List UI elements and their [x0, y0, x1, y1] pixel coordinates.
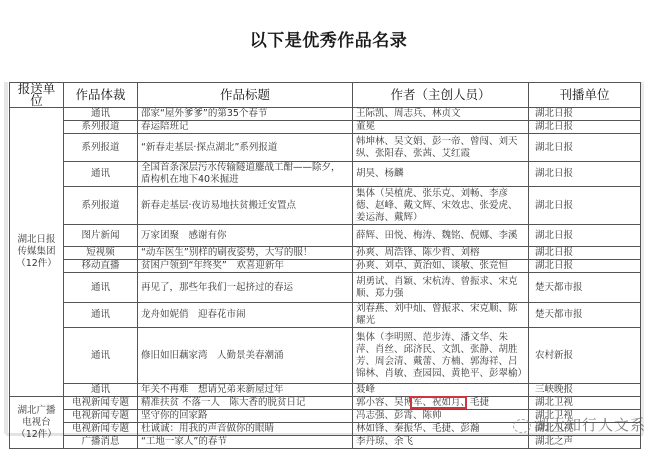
watermark-text: 湖大知行人文系 — [534, 416, 646, 434]
table-row: 系列报道 春运陪班记 董冕 湖北日报 — [10, 121, 641, 134]
group-unit-hubei-daily: 湖北日报传媒集团（12件） — [10, 108, 64, 397]
cell-publisher: 湖北日报 — [529, 260, 641, 273]
group-unit-hubei-broadcast: 湖北广播电视台（12件） — [10, 397, 64, 449]
table-row: 通讯 再见了，那些年我们一起挤过的春运 胡勇试、肖颖、宋杭涛、曾振求、宋克顺、郑… — [10, 273, 641, 303]
cell-type: 电视新闻专题 — [64, 423, 138, 436]
table-row: 通讯 修旧如旧藕家湾 人勤景美春潮涌 集体（李明照、范步涛、潘文华、朱萍、肖丝、… — [10, 328, 641, 384]
cell-type: 通讯 — [64, 162, 138, 187]
cell-title: “新春走基层·探点湖北”系列报道 — [138, 134, 353, 162]
table-row: 通讯 年关不再难 想请兄弟来新屋过年 聂峰 三峡晚报 — [10, 384, 641, 397]
cell-title: 万家团聚 感谢有你 — [138, 225, 353, 247]
cell-author: 聂峰 — [353, 384, 529, 397]
cell-type: 系列报道 — [64, 121, 138, 134]
cell-publisher: 湖北日报 — [529, 108, 641, 121]
header-author: 作者（主创人员） — [353, 83, 529, 108]
table-header-row: 报送单位 作品体裁 作品标题 作者（主创人员） 刊播单位 — [10, 83, 641, 108]
header-unit: 报送单位 — [10, 83, 64, 108]
cell-publisher: 三峡晚报 — [529, 384, 641, 397]
cell-type: 短视频 — [64, 247, 138, 260]
table-row: 短视频 “动车医生”别样的刷夜姿势，大写的服！ 孙爽、周浩锋、陈少哲、刘榕 湖北… — [10, 247, 641, 260]
header-publisher: 刊播单位 — [529, 83, 641, 108]
cell-publisher: 湖北日报 — [529, 225, 641, 247]
cell-type: 系列报道 — [64, 134, 138, 162]
cell-author: 孙爽、刘卓、黄治如、谈敏、张竞恒 — [353, 260, 529, 273]
cell-title: 再见了，那些年我们一起挤过的春运 — [138, 273, 353, 303]
cell-title: “动车医生”别样的刷夜姿势，大写的服！ — [138, 247, 353, 260]
cell-title: 邵家“屋外爹爹”的第35个春节 — [138, 108, 353, 121]
works-table: 报送单位 作品体裁 作品标题 作者（主创人员） 刊播单位 湖北日报传媒集团（12… — [9, 82, 641, 449]
cell-type: 通讯 — [64, 384, 138, 397]
cell-publisher: 农村新报 — [529, 328, 641, 384]
cell-author: 刘春燕、刘中灿、曾振求、宋克顺、陈耀光 — [353, 303, 529, 328]
table-row: 通讯 龙舟如妮俏 迎春花市闹 刘春燕、刘中灿、曾振求、宋克顺、陈耀光 楚天都市报 — [10, 303, 641, 328]
cell-author: 韩坤林、吴文娟、彭一帝、曾闯、刘天纵、张阳春、张茜、艾红霞 — [353, 134, 529, 162]
cell-type: 广播消息 — [64, 436, 138, 449]
page-edge-shadow-right — [641, 82, 644, 434]
cell-author: 冯志强、彭霄、陈帅 — [353, 410, 529, 423]
cell-type: 电视新闻专题 — [64, 397, 138, 410]
cell-type: 通讯 — [64, 108, 138, 121]
cell-title: 春运陪班记 — [138, 121, 353, 134]
table-row: 系列报道 “新春走基层·探点湖北”系列报道 韩坤林、吴文娟、彭一帝、曾闯、刘天纵… — [10, 134, 641, 162]
highlight-box-annotation — [410, 396, 467, 409]
table-row: 湖北广播电视台（12件） 电视新闻专题 精准扶贫 不落一人 陈大香的脱贫日记 郭… — [10, 397, 641, 410]
cell-publisher: 湖北日报 — [529, 187, 641, 225]
watermark: 湖大知行人文系 — [513, 414, 646, 435]
cell-author: 胡勇试、肖颖、宋杭涛、曾振求、宋克顺、郑力强 — [353, 273, 529, 303]
cell-title: 贫困户领到“年终奖” 欢喜迎新年 — [138, 260, 353, 273]
wechat-icon — [513, 419, 531, 433]
cell-author: 林如锋、秦振华、毛捷、彭瀚 — [353, 423, 529, 436]
cell-title: 年关不再难 想请兄弟来新屋过年 — [138, 384, 353, 397]
table-row: 湖北日报传媒集团（12件） 通讯 邵家“屋外爹爹”的第35个春节 王际凯、周志兵… — [10, 108, 641, 121]
cell-title: 坚守你的回家路 — [138, 410, 353, 423]
cell-publisher: 楚天都市报 — [529, 273, 641, 303]
cell-title: 全国首条深层污水传输隧道鏖战工酣——除夕，盾构机在地下40米掘进 — [138, 162, 353, 187]
cell-author: 王际凯、周志兵、林贞文 — [353, 108, 529, 121]
table-row: 移动直播 贫困户领到“年终奖” 欢喜迎新年 孙爽、刘卓、黄治如、谈敏、张竞恒 湖… — [10, 260, 641, 273]
cell-author: 胡昊、杨麟 — [353, 162, 529, 187]
cell-publisher: 湖北日报 — [529, 162, 641, 187]
table-row: 广播消息 “工地一家人”的春节 李丹琼、余飞 湖北之声 — [10, 436, 641, 449]
cell-author: 集体（吴植虎、张乐克、刘畅、李彦德、赵峰、戴文辉、宋效忠、张爱虎、姜运海、戴辉） — [353, 187, 529, 225]
cell-publisher: 湖北日报 — [529, 247, 641, 260]
table-row: 系列报道 新春走基层·夜访易地扶贫搬迁安置点 集体（吴植虎、张乐克、刘畅、李彦德… — [10, 187, 641, 225]
cell-publisher: 湖北之声 — [529, 436, 641, 449]
cell-type: 图片新闻 — [64, 225, 138, 247]
cell-author: 集体（李明照、范步涛、潘文华、朱萍、肖丝、邱济民、文凯、张静、胡胜芳、周会清、戴… — [353, 328, 529, 384]
cell-type: 电视新闻专题 — [64, 410, 138, 423]
cell-title: 精准扶贫 不落一人 陈大香的脱贫日记 — [138, 397, 353, 410]
header-type: 作品体裁 — [64, 83, 138, 108]
cell-title: 杜诚诚：用我的声音做你的眼睛 — [138, 423, 353, 436]
header-title: 作品标题 — [138, 83, 353, 108]
cell-type: 通讯 — [64, 328, 138, 384]
cell-publisher: 湖北卫视 — [529, 397, 641, 410]
page-title: 以下是优秀作品名录 — [0, 26, 657, 51]
cell-type: 通讯 — [64, 303, 138, 328]
cell-author: 薛辉、田悦、梅涛、魏铭、倪娜、李溪 — [353, 225, 529, 247]
cell-title: 新春走基层·夜访易地扶贫搬迁安置点 — [138, 187, 353, 225]
cell-author: 孙爽、周浩锋、陈少哲、刘榕 — [353, 247, 529, 260]
table-row: 通讯 全国首条深层污水传输隧道鏖战工酣——除夕，盾构机在地下40米掘进 胡昊、杨… — [10, 162, 641, 187]
cell-title: “工地一家人”的春节 — [138, 436, 353, 449]
page-edge-shadow — [4, 82, 8, 434]
cell-publisher: 楚天都市报 — [529, 303, 641, 328]
cell-author: 董冕 — [353, 121, 529, 134]
cell-type: 移动直播 — [64, 260, 138, 273]
cell-type: 系列报道 — [64, 187, 138, 225]
table-row: 图片新闻 万家团聚 感谢有你 薛辉、田悦、梅涛、魏铭、倪娜、李溪 湖北日报 — [10, 225, 641, 247]
cell-type: 通讯 — [64, 273, 138, 303]
cell-title: 修旧如旧藕家湾 人勤景美春潮涌 — [138, 328, 353, 384]
cell-title: 龙舟如妮俏 迎春花市闹 — [138, 303, 353, 328]
cell-publisher: 湖北日报 — [529, 134, 641, 162]
cell-author: 李丹琼、余飞 — [353, 436, 529, 449]
cell-publisher: 湖北日报 — [529, 121, 641, 134]
